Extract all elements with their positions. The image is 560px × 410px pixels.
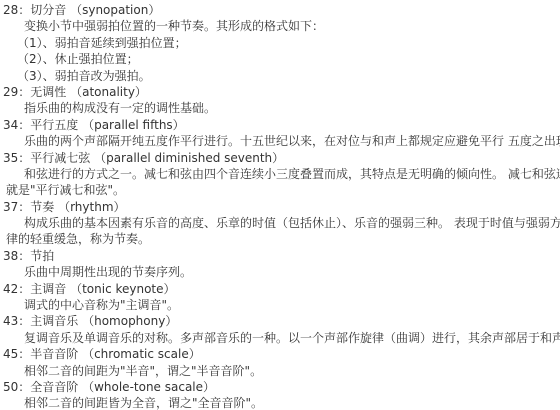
glossary-entry-42: 42：主调音 （tonic keynote）调式的中心音称为"主调音"。 — [3, 281, 560, 314]
entry-body-line: 乐曲的两个声部隔开纯五度作平行进行。十五世纪以来，在对位与和声上都规定应避免平行… — [3, 133, 560, 149]
entry-header: 28：切分音 （synopation） — [3, 2, 560, 18]
entry-header: 38：节拍 — [3, 248, 560, 264]
entry-body-line: （2）、休止强拍位置； — [3, 51, 560, 67]
entry-header: 34：平行五度 （parallel fifths） — [3, 117, 560, 133]
glossary-entry-50: 50：全音音阶 （whole-tone sacale）相邻二音的间距皆为全音，谓… — [3, 379, 560, 410]
glossary-entry-38: 38：节拍乐曲中周期性出现的节奏序列。 — [3, 248, 560, 281]
glossary-entry-35: 35：平行减七弦 （parallel diminished seventh）和弦… — [3, 150, 560, 199]
entry-body-line: 构成乐曲的基本因素有乐音的高度、乐章的时值（包括休止）、乐音的强弱三种。 表现于… — [3, 215, 560, 231]
entry-header: 29：无调性 （atonality） — [3, 84, 560, 100]
document-page: 28：切分音 （synopation）变换小节中强弱拍位置的一种节奏。其形成的格… — [0, 0, 560, 410]
entry-body-line: 就是"平行减七和弦"。 — [3, 182, 560, 198]
entry-body-line: 相邻二音的间距皆为全音，谓之"全音音阶"。 — [3, 395, 560, 410]
entry-header: 37：节奏 （rhythm） — [3, 199, 560, 215]
entry-header: 43：主调音乐 （homophony） — [3, 313, 560, 329]
glossary-entry-37: 37：节奏 （rhythm）构成乐曲的基本因素有乐音的高度、乐章的时值（包括休止… — [3, 199, 560, 248]
entry-body-line: 律的轻重缓急，称为节奏。 — [3, 231, 560, 247]
glossary-list: 28：切分音 （synopation）变换小节中强弱拍位置的一种节奏。其形成的格… — [0, 0, 560, 410]
entry-body-line: 调式的中心音称为"主调音"。 — [3, 297, 560, 313]
entry-header: 42：主调音 （tonic keynote） — [3, 281, 560, 297]
glossary-entry-45: 45：半音音阶 （chromatic scale）相邻二音的间距为"半音"，谓之… — [3, 346, 560, 379]
entry-body-line: 相邻二音的间距为"半音"，谓之"半音音阶"。 — [3, 363, 560, 379]
entry-body-line: 指乐曲的构成没有一定的调性基础。 — [3, 100, 560, 116]
entry-header: 50：全音音阶 （whole-tone sacale） — [3, 379, 560, 395]
glossary-entry-43: 43：主调音乐 （homophony）复调音乐及单调音乐的对称。多声部音乐的一种… — [3, 313, 560, 346]
entry-header: 45：半音音阶 （chromatic scale） — [3, 346, 560, 362]
entry-body-line: 变换小节中强弱拍位置的一种节奏。其形成的格式如下： — [3, 18, 560, 34]
glossary-entry-29: 29：无调性 （atonality）指乐曲的构成没有一定的调性基础。 — [3, 84, 560, 117]
entry-body-line: 乐曲中周期性出现的节奏序列。 — [3, 264, 560, 280]
entry-body-line: 复调音乐及单调音乐的对称。多声部音乐的一种。以一个声部作旋律（曲调）进行，其余声… — [3, 330, 560, 346]
entry-header: 35：平行减七弦 （parallel diminished seventh） — [3, 150, 560, 166]
entry-body-line: 和弦进行的方式之一。减七和弦由四个音连续小三度叠置而成，其特点是无明确的倾向性。… — [3, 166, 560, 182]
entry-body-line: （1）、弱拍音延续到强拍位置； — [3, 35, 560, 51]
glossary-entry-28: 28：切分音 （synopation）变换小节中强弱拍位置的一种节奏。其形成的格… — [3, 2, 560, 84]
entry-body-line: （3）、弱拍音改为强拍。 — [3, 68, 560, 84]
glossary-entry-34: 34：平行五度 （parallel fifths）乐曲的两个声部隔开纯五度作平行… — [3, 117, 560, 150]
